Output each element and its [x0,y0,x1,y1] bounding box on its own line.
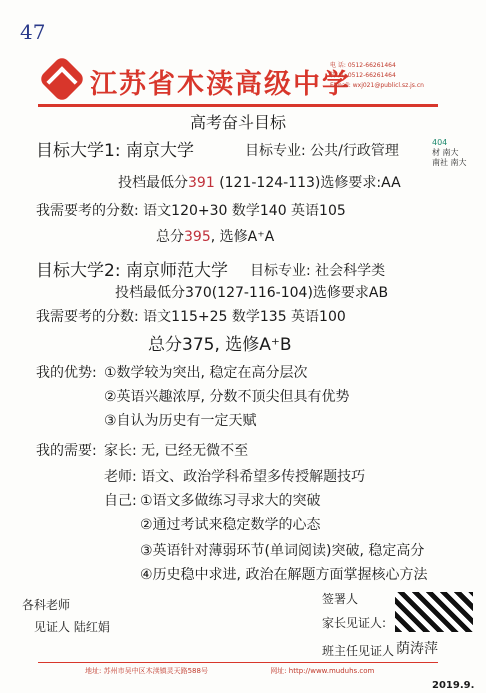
phone: 电 话: 0512-66261464 [330,61,424,71]
needs-label: 我的需要: [36,440,97,460]
min-score-line-1: 投档最低分391 (121-124-113)选修要求:AA [118,172,401,192]
total-value: 395 [184,229,211,245]
needs-parents: 家长: 无, 已经无微不至 [104,440,248,460]
total-label: 总分 [156,229,184,245]
signer-label: 签署人 [322,590,358,607]
page-number: 47 [20,20,45,44]
needed-scores-label: 我需要考的分数: [36,309,139,325]
elective-value: AA [381,175,401,191]
elective-label: 选修要求: [320,175,381,191]
self-item: ③英语针对薄弱环节(单词阅读)突破, 稳定高分 [140,540,424,560]
needs-self-label: 自己: [104,490,137,510]
footer-divider [38,662,438,663]
strength-item: ②英语兴趣浓厚, 分数不顶尖但具有优势 [104,386,349,406]
needed-scores-values: 语文115+25 数学135 英语100 [143,309,346,325]
footer-website: 网址: http://www.muduhs.com [270,667,374,675]
self-item: ②通过考试来稳定数学的心态 [140,514,321,534]
total-line-1: 总分395, 选修A⁺A [156,226,274,246]
needed-scores-label: 我需要考的分数: [36,203,139,219]
min-score-value: 391 [188,175,215,191]
elective-needed: , 选修A⁺A [211,229,274,245]
redacted-signature [395,592,473,632]
self-item: ①语文多做练习寻求大的突破 [140,490,321,510]
footer-address: 地址: 苏州市吴中区木渎镇灵天路588号 [85,667,208,675]
strength-item: ③自认为历史有一定天赋 [104,410,257,430]
side-note-line: 404 [432,138,467,148]
target-university-2: 目标大学2: 南京师范大学 [36,256,228,281]
school-logo-icon [38,55,86,103]
needed-scores-values: 语文120+30 数学140 英语105 [143,203,346,219]
school-name: 江苏省木渎高级中学 [90,62,351,101]
min-score-label: 投档最低分 [118,175,188,191]
min-score-breakdown: (121-124-113) [219,175,320,191]
page-title: 高考奋斗目标 [190,110,286,133]
witness-teachers: 各科老师 [22,596,70,613]
parent-witness-label: 家长见证人: [322,614,386,631]
min-score-line-2: 投档最低分370(127-116-104)选修要求AB [115,282,388,302]
side-note: 404 材 南大 南社 南大 [432,138,467,168]
side-note-line: 南社 南大 [432,158,467,168]
email: E-mail: wxj021@publicl.sz.js.cn [330,81,424,91]
footer: 地址: 苏州市吴中区木渎镇灵天路588号 网址: http://www.mudu… [85,666,374,676]
head-teacher-witness-label: 班主任见证人 [322,642,394,659]
contact-info: 电 话: 0512-66261464 传 真: 0512-66261464 E-… [330,61,424,91]
total-line-2: 总分375, 选修A⁺B [148,330,292,355]
witness-teacher-name: 见证人 陆红娟 [34,618,110,635]
strength-item: ①数学较为突出, 稳定在高分层次 [104,362,307,382]
needed-scores-2: 我需要考的分数: 语文115+25 数学135 英语100 [36,306,346,326]
target-major-1: 目标专业: 公共/行政管理 [245,140,399,160]
side-note-line: 材 南大 [432,148,467,158]
strengths-label: 我的优势: [36,362,97,382]
header-divider [38,104,438,107]
head-teacher-signature: 荫涛萍 [396,638,438,658]
target-university-1: 目标大学1: 南京大学 [36,136,194,161]
date: 2019.9. [432,680,474,691]
needs-teachers: 老师: 语文、政治学科希望多传授解题技巧 [104,466,365,486]
fax: 传 真: 0512-66261464 [330,71,424,81]
target-major-2: 目标专业: 社会科学类 [250,260,385,280]
self-item: ④历史稳中求进, 政治在解题方面掌握核心方法 [140,564,427,584]
letterhead: 江苏省木渎高级中学 电 话: 0512-66261464 传 真: 0512-6… [40,58,440,108]
needed-scores-1: 我需要考的分数: 语文120+30 数学140 英语105 [36,200,346,220]
